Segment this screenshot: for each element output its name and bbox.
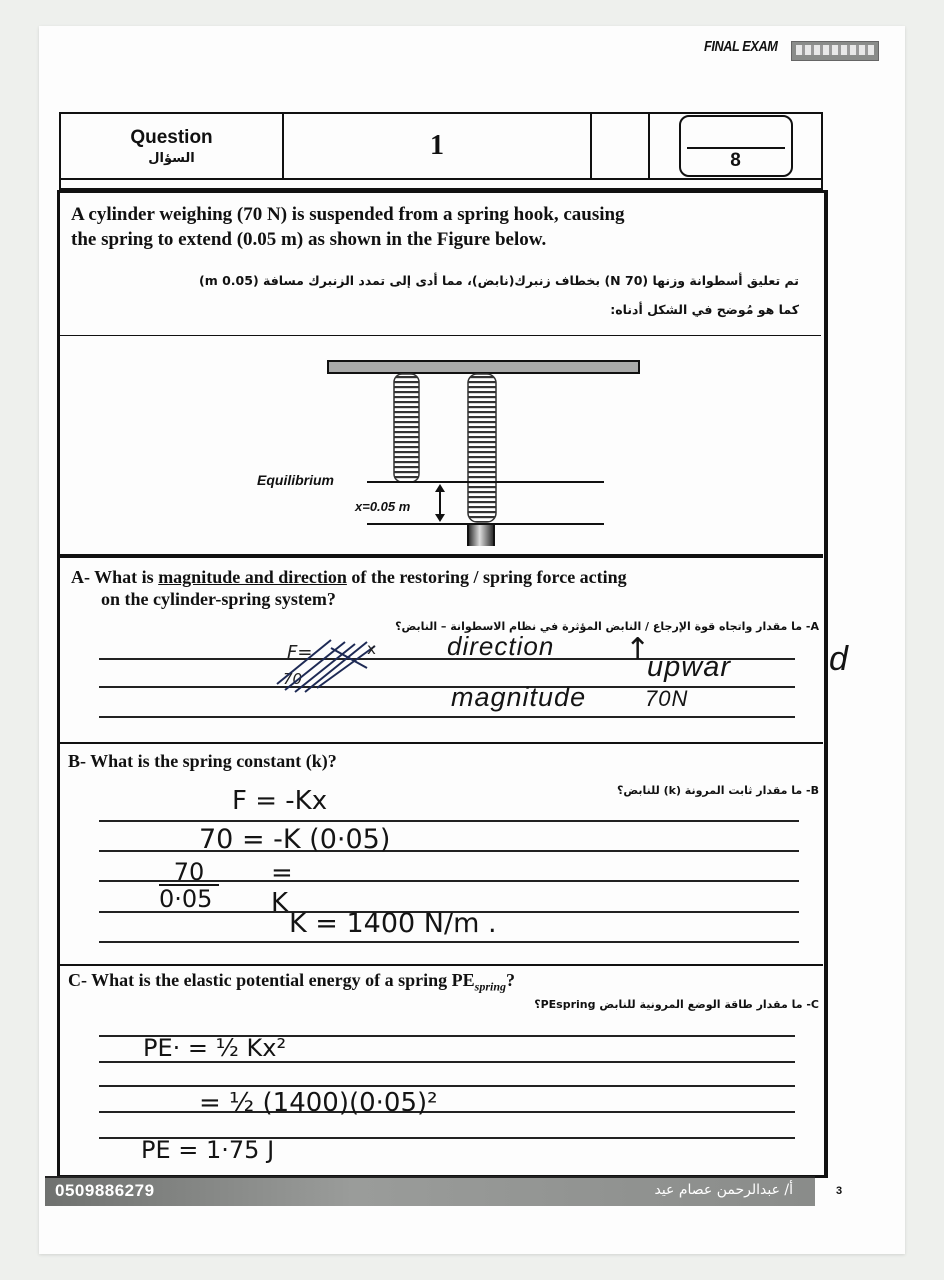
answer-b-line-2: 70 = -K (0·05) bbox=[199, 824, 390, 855]
answer-c-line-2: = ½ (1400)(0·05)² bbox=[199, 1088, 438, 1118]
answer-a-direction-label: direction bbox=[447, 631, 554, 662]
exam-page: FINAL EXAM Question السؤال 1 8 A cylinde… bbox=[39, 26, 905, 1254]
displacement-label: x=0.05 m bbox=[355, 499, 410, 514]
score-fraction-line bbox=[687, 147, 785, 149]
footer-phone: 0509886279 bbox=[55, 1181, 155, 1201]
question-header-strip bbox=[59, 176, 823, 190]
svg-text:F=: F= bbox=[287, 642, 312, 663]
answer-a-direction-overflow: d bbox=[829, 640, 849, 679]
answer-a-direction-value: upwar bbox=[647, 651, 731, 684]
crossed-out-answer: F= 70 x bbox=[271, 634, 401, 699]
question-number: 1 bbox=[430, 130, 444, 162]
answer-line bbox=[99, 820, 799, 822]
answer-a-magnitude-value: 70N bbox=[645, 686, 688, 712]
footer-author: أ/ عبدالرحمن عصام عيد bbox=[654, 1182, 793, 1198]
section-a-emphasis: magnitude and direction bbox=[158, 567, 347, 587]
section-c-question: C- What is the elastic potential energy … bbox=[68, 969, 515, 998]
answer-c-line-1: PE· = ½ Kx² bbox=[143, 1034, 286, 1062]
answer-line bbox=[99, 941, 799, 943]
score-cell: 8 bbox=[650, 114, 821, 178]
stem-ar-line-1: تم تعليق أسطوانة وزنها (70 N) بخطاف زنبر… bbox=[99, 266, 799, 295]
score-total: 8 bbox=[681, 150, 791, 172]
answer-line bbox=[99, 1085, 795, 1087]
answer-b-line-4: K = 1400 N/m . bbox=[289, 908, 497, 939]
stem-figure-divider bbox=[60, 335, 821, 336]
section-a-b-divider bbox=[57, 742, 823, 744]
question-label-cell: Question السؤال bbox=[61, 114, 284, 178]
answer-line bbox=[99, 686, 795, 688]
question-stem-en: A cylinder weighing (70 N) is suspended … bbox=[71, 202, 791, 252]
answer-b-line-1: F = -Kx bbox=[232, 786, 327, 816]
question-number-cell: 1 bbox=[284, 114, 592, 178]
exam-brand-title: FINAL EXAM bbox=[704, 38, 777, 55]
svg-text:x: x bbox=[367, 640, 376, 658]
question-content-box bbox=[57, 190, 828, 1178]
score-box: 8 bbox=[679, 115, 793, 177]
scribble-crossout: F= 70 x bbox=[271, 634, 401, 694]
section-b-question-ar: B- ما مقدار ثابت المرونة (k) للنابض؟ bbox=[339, 784, 819, 797]
section-b-c-divider bbox=[57, 964, 823, 966]
answer-line bbox=[99, 716, 795, 718]
footer-bar: 0509886279 أ/ عبدالرحمن عصام عيد bbox=[45, 1176, 815, 1206]
question-label-en: Question bbox=[130, 127, 212, 149]
question-blank-cell bbox=[592, 114, 650, 178]
exam-brand-logo bbox=[791, 41, 879, 61]
answer-c-line-3: PE = 1·75 J bbox=[141, 1136, 274, 1164]
equilibrium-label: Equilibrium bbox=[257, 472, 334, 488]
figure-section-a-divider bbox=[57, 554, 823, 558]
section-c-question-ar: C- ما مقدار طاقة الوضع المرونية للنابض P… bbox=[339, 998, 819, 1011]
spring-diagram bbox=[239, 346, 659, 546]
question-header-table: Question السؤال 1 8 bbox=[59, 112, 823, 180]
stem-en-line-2: the spring to extend (0.05 m) as shown i… bbox=[71, 227, 791, 252]
section-b-question: B- What is the spring constant (k)? bbox=[68, 750, 337, 772]
stem-ar-line-2: كما هو مُوضح في الشكل أدناه: bbox=[99, 295, 799, 324]
answer-a-magnitude-label: magnitude bbox=[451, 682, 586, 713]
question-stem-ar: تم تعليق أسطوانة وزنها (70 N) بخطاف زنبر… bbox=[99, 266, 799, 324]
answer-b-line-3: 70 0·05 = K bbox=[159, 860, 219, 912]
section-a-question: A- What is magnitude and direction of th… bbox=[71, 566, 811, 610]
spring-figure: Equilibrium x=0.05 m bbox=[239, 346, 659, 546]
question-label-ar: السؤال bbox=[148, 151, 194, 166]
page-number: 3 bbox=[836, 1185, 842, 1197]
stem-en-line-1: A cylinder weighing (70 N) is suspended … bbox=[71, 202, 791, 227]
